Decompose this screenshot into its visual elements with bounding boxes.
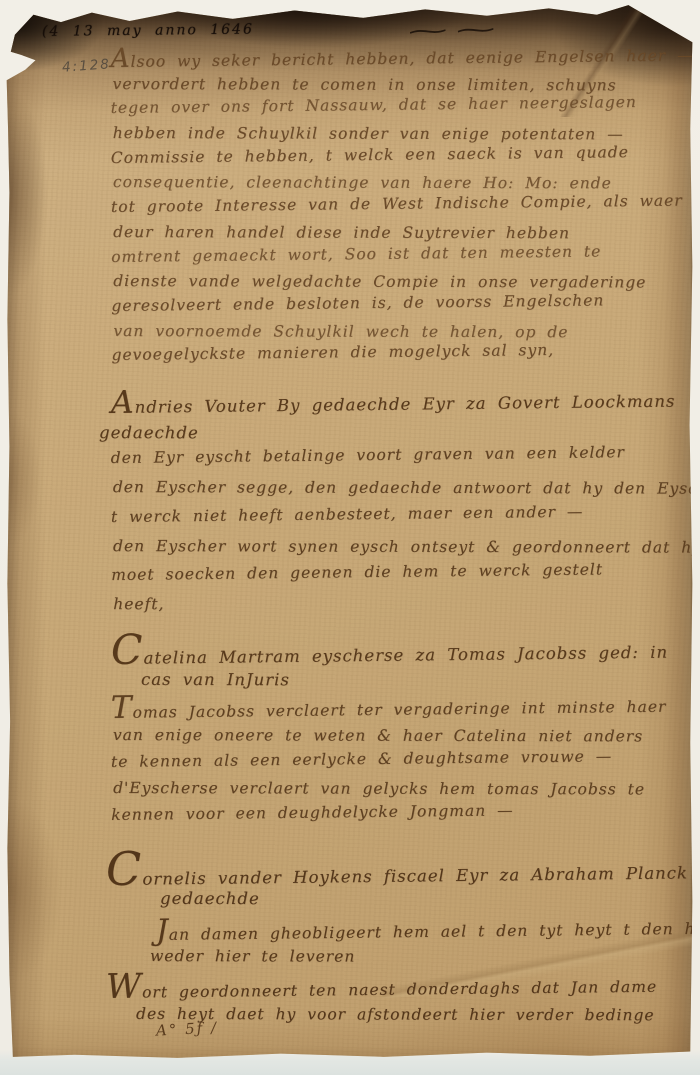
section-pleadings-loockmans: den Eyr eyscht betalinge voort graven va…	[111, 442, 693, 620]
margin-folio-note: 4:128	[62, 56, 112, 75]
header-ink-scribble: ~~	[402, 17, 502, 45]
footer-act-mark: A° 5ƒ /	[156, 1018, 219, 1039]
manuscript-text-line: t werck niet heeft aenbesteet, maer een …	[111, 496, 693, 532]
manuscript-text-line: gevoegelyckste manieren die mogelyck sal…	[111, 337, 693, 368]
manuscript-text-line: Tomas Jacobss verclaert ter vergaderinge…	[111, 689, 667, 722]
manuscript-text-line: Andries Vouter By gedaechde Eyr za Gover…	[111, 383, 676, 418]
manuscript-text-line: tot groote Interesse van de West Indisch…	[111, 189, 693, 220]
manuscript-text-line: te kennen als een eerlycke & deughtsame …	[111, 742, 667, 775]
section-resolution-schuylkill: Alsoo wy seker bericht hebben, dat eenig…	[110, 45, 693, 368]
section-case-caption-planck: Cornelis vander Hoykens fiscael Eyr za A…	[106, 852, 688, 914]
manuscript-text-line: heeft,	[113, 591, 693, 622]
manuscript-text-line: Alsoo wy seker bericht hebben, dat eenig…	[110, 40, 693, 71]
section-obligation-damen: Jan damen gheobligeert hem ael t den tyt…	[156, 915, 693, 969]
section-case-caption-injurie: Catelina Martram eyscherse za Tomas Jaco…	[111, 633, 668, 695]
manuscript-text-line: Cornelis vander Hoykens fiscael Eyr za A…	[106, 847, 688, 884]
manuscript-text-line: weder hier te leveren	[150, 943, 693, 971]
section-declaration-injurie: Tomas Jacobss verclaert ter vergaderinge…	[111, 693, 667, 829]
manuscript-text-line: Wort geordonneert ten naest donderdaghs …	[106, 968, 657, 1001]
manuscript-text-line: den Eyr eyscht betalinge voort graven va…	[111, 437, 693, 473]
manuscript-text-line: Jan damen gheobligeert hem ael t den tyt…	[156, 911, 693, 943]
manuscript-text-line: gedaechde	[160, 884, 690, 915]
manuscript-text-line: moet soecken den geenen die hem te werck…	[111, 554, 693, 590]
manuscript-text-line: tegen over ons fort Nassauw, dat se haer…	[111, 90, 693, 121]
manuscript-paper: (4 13 may anno 1646 ~~ 4:128 Alsoo wy se…	[6, 2, 693, 1060]
manuscript-text-line: Catelina Martram eyscherse za Tomas Jaco…	[111, 629, 668, 665]
manuscript-text-line: kennen voor een deughdelycke Jongman —	[111, 796, 667, 829]
scanned-manuscript-page: (4 13 may anno 1646 ~~ 4:128 Alsoo wy se…	[0, 0, 700, 1075]
header-date: (4 13 may anno 1646	[42, 20, 382, 40]
